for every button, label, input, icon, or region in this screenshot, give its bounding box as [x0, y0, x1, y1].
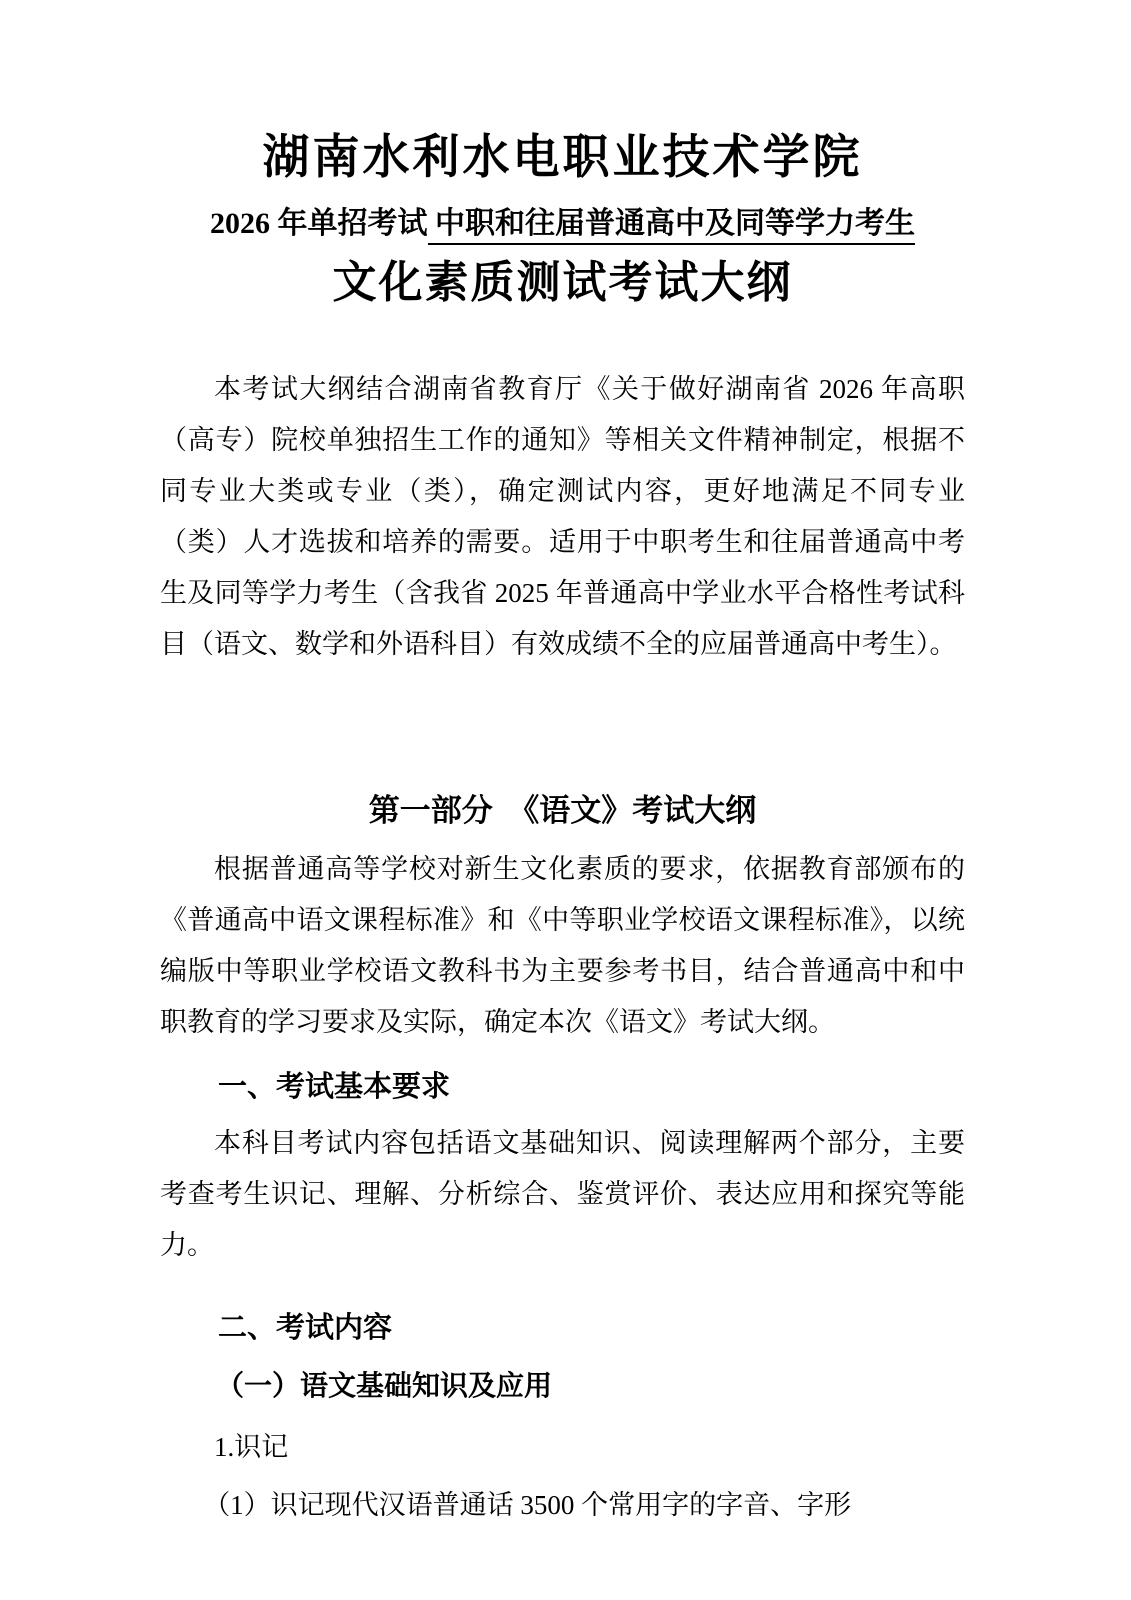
exam-subtitle-prefix: 2026 年单招考试	[210, 207, 428, 240]
document-title: 文化素质测试考试大纲	[160, 256, 965, 310]
school-name-title: 湖南水利水电职业技术学院	[160, 128, 965, 186]
intro-paragraph: 本考试大纲结合湖南省教育厅《关于做好湖南省 2026 年高职（高专）院校单独招生…	[160, 364, 965, 670]
part1-heading: 第一部分 《语文》考试大纲	[160, 788, 965, 834]
part1-intro-paragraph: 根据普通高等学校对新生文化素质的要求，依据教育部颁布的《普通高中语文课程标准》和…	[160, 844, 965, 1048]
exam-subtitle-underlined-candidates: 中职和往届普通高中及同等学力考生	[428, 207, 916, 245]
exam-subtitle: 2026 年单招考试 中职和往届普通高中及同等学力考生	[160, 202, 965, 246]
list-item-memorize-detail-1: （1）识记现代汉语普通话 3500 个常用字的字音、字形	[160, 1481, 965, 1529]
list-item-memorize: 1.识记	[160, 1423, 965, 1471]
heading-language-basics: （一）语文基础知识及应用	[160, 1363, 965, 1409]
heading-exam-content: 二、考试内容	[160, 1305, 965, 1351]
document-page: 湖南水利水电职业技术学院 2026 年单招考试 中职和往届普通高中及同等学力考生…	[0, 0, 1131, 1600]
heading-exam-basic-requirements: 一、考试基本要求	[160, 1064, 965, 1110]
exam-requirements-paragraph: 本科目考试内容包括语文基础知识、阅读理解两个部分，主要考查考生识记、理解、分析综…	[160, 1118, 965, 1271]
